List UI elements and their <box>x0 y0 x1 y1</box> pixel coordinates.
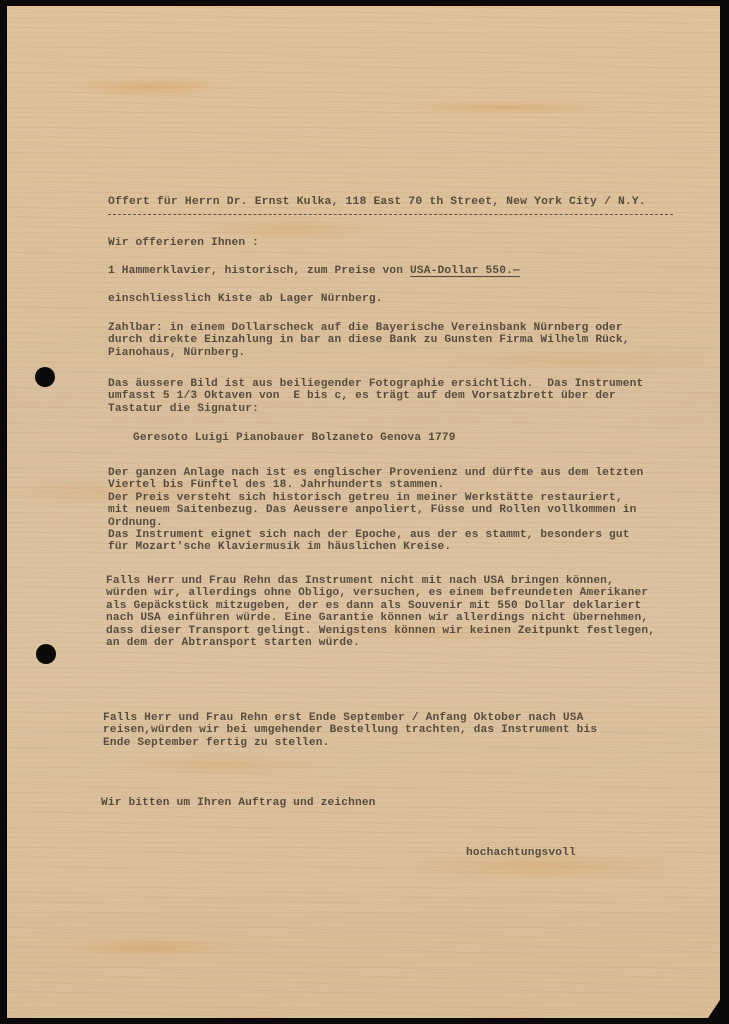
origin-paragraph: Der ganzen Anlage nach ist es englischer… <box>108 467 643 554</box>
scanned-page: Offert für Herrn Dr. Ernst Kulka, 118 Ea… <box>0 0 729 1024</box>
text-line: Ende September fertig zu stellen. <box>103 737 597 749</box>
text-line: Tastatur die Signatur: <box>108 403 643 415</box>
september-paragraph: Falls Herr und Frau Rehn erst Ende Septe… <box>103 712 597 749</box>
text-line: für Mozart'sche Klaviermusik im häuslich… <box>108 541 643 553</box>
text-line: Falls Herr und Frau Rehn das Instrument … <box>106 575 655 587</box>
text-line: reisen,würden wir bei umgehender Bestell… <box>103 724 597 736</box>
text-line: Das Instrument eignet sich nach der Epoc… <box>108 529 643 541</box>
text-line: dass dieser Transport gelingt. Wenigsten… <box>106 625 655 637</box>
dashed-rule <box>108 214 673 215</box>
text-line: durch direkte Einzahlung in bar an diese… <box>108 334 630 346</box>
text-line: mit neuem Saitenbezug. Das Aeussere anpo… <box>108 504 643 516</box>
text-line: als Gepäckstück mitzugeben, der es dann … <box>106 600 655 612</box>
closing-line: Wir bitten um Ihren Auftrag und zeichnen <box>101 797 376 809</box>
text-line: würden wir, allerdings ohne Obligo, vers… <box>106 587 655 599</box>
text-line: Das äussere Bild ist aus beiliegender Fo… <box>108 378 643 390</box>
payment-paragraph: Zahlbar: in einem Dollarscheck auf die B… <box>108 322 630 359</box>
appearance-paragraph: Das äussere Bild ist aus beiliegender Fo… <box>108 378 643 415</box>
item-description: 1 Hammerklavier, historisch, zum Preise … <box>108 265 410 277</box>
text-line: umfasst 5 1/3 Oktaven von E bis c, es tr… <box>108 390 643 402</box>
offer-heading: Offert für Herrn Dr. Ernst Kulka, 118 Ea… <box>108 196 646 208</box>
item-price: USA-Dollar 550.— <box>410 265 520 277</box>
transport-paragraph: Falls Herr und Frau Rehn das Instrument … <box>106 575 655 649</box>
text-line: Der Preis versteht sich historisch getre… <box>108 492 643 504</box>
text-line: Zahlbar: in einem Dollarscheck auf die B… <box>108 322 630 334</box>
text-line: Ordnung. <box>108 517 643 529</box>
text-line: Viertel bis Fünftel des 18. Jahrhunderts… <box>108 479 643 491</box>
text-line: Pianohaus, Nürnberg. <box>108 347 630 359</box>
punch-hole-top <box>35 367 55 387</box>
signature-inscription: Geresoto Luigi Pianobauer Bolzaneto Geno… <box>133 432 456 444</box>
punch-hole-bottom <box>36 644 56 664</box>
text-line: an dem der Abtransport starten würde. <box>106 637 655 649</box>
salutation: Wir offerieren Ihnen : <box>108 237 259 249</box>
text-line: Falls Herr und Frau Rehn erst Ende Septe… <box>103 712 597 724</box>
text-line: Der ganzen Anlage nach ist es englischer… <box>108 467 643 479</box>
text-line: nach USA einführen würde. Eine Garantie … <box>106 612 655 624</box>
inclusion-line: einschliesslich Kiste ab Lager Nürnberg. <box>108 293 383 305</box>
item-line: 1 Hammerklavier, historisch, zum Preise … <box>108 265 520 277</box>
regards-line: hochachtungsvoll <box>466 847 576 859</box>
